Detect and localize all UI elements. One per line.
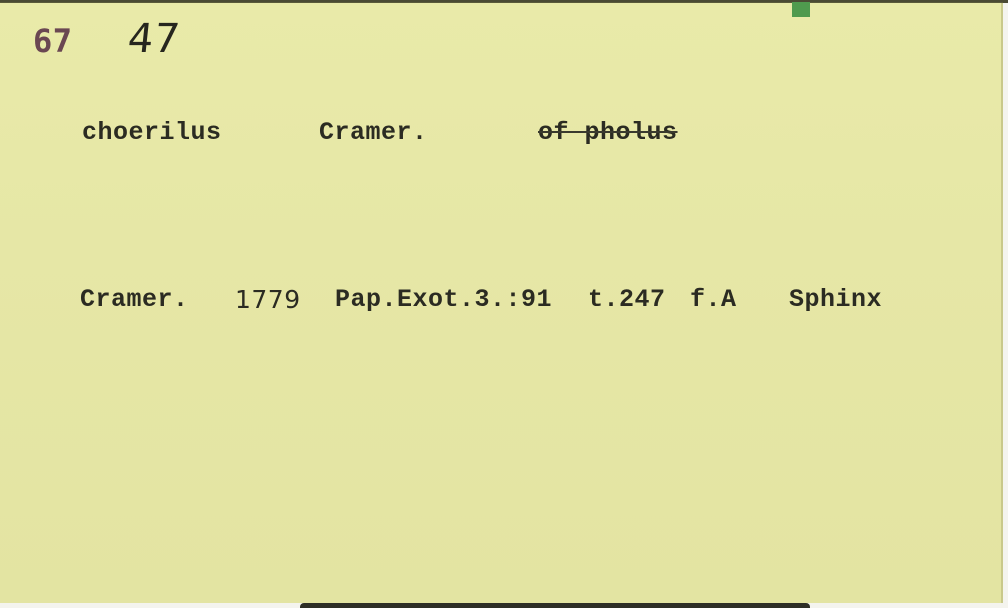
index-card: 67 47 choerilus Cramer. of pholus Cramer… — [0, 2, 1003, 603]
reference-genus: Sphinx — [789, 285, 882, 314]
handwritten-number: 47 — [126, 16, 183, 62]
reference-year: 1779 — [235, 285, 301, 314]
reference-figure: f.A — [690, 285, 737, 314]
reference-author: Cramer. — [80, 285, 189, 314]
species-name: choerilus — [82, 118, 222, 147]
green-index-tab — [792, 2, 810, 17]
species-author: Cramer. — [319, 118, 428, 147]
reference-citation: Pap.Exot.3.:91 — [335, 285, 552, 314]
stamped-number: 67 — [33, 22, 73, 60]
reference-plate: t.247 — [588, 285, 666, 314]
struck-through-text: of pholus — [538, 118, 678, 147]
card-bottom-shadow — [300, 603, 810, 608]
